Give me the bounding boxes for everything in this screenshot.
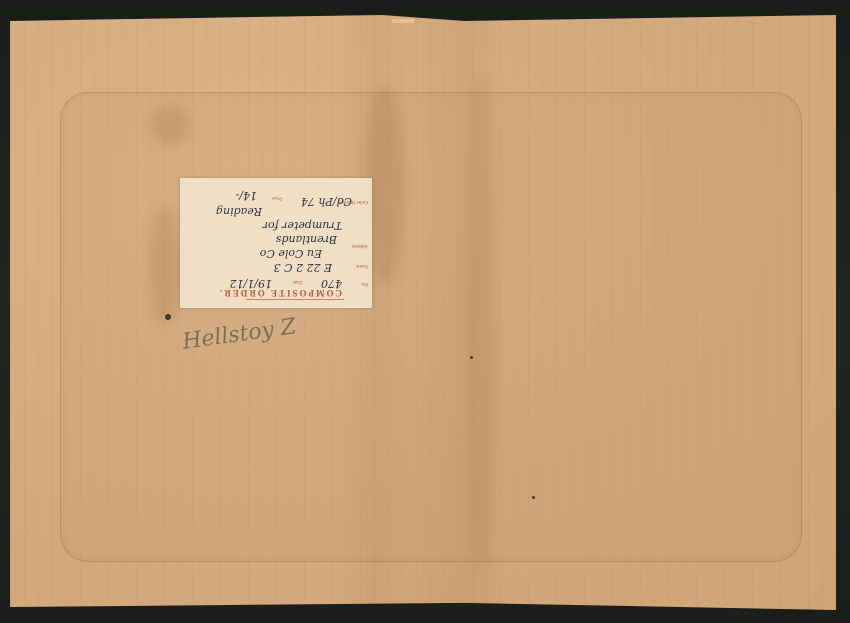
ink-blot (165, 314, 171, 320)
handwritten-line4: Trumpeter for (263, 219, 342, 232)
handwritten-date: 19/1/12 (230, 277, 272, 290)
tape-fragment (392, 19, 414, 23)
handwritten-line3: Brentlands (276, 233, 337, 246)
stain (150, 205, 180, 325)
mark (532, 496, 535, 499)
field-date: Date (293, 279, 302, 284)
field-address: Address (352, 243, 368, 248)
handwritten-line2: Eu Cole Co (260, 247, 322, 260)
handwritten-price: 14/- (236, 189, 257, 202)
handwritten-number: 470 (321, 277, 342, 290)
stain (465, 75, 495, 575)
mark (470, 356, 473, 359)
mount-board (10, 15, 836, 610)
handwritten-line5: Reading (216, 205, 262, 218)
handwritten-order: Cd/Ph 74 (301, 195, 352, 208)
field-price: Price (272, 195, 282, 200)
composite-order-label: COMPOSITE ORDER. No. Date Name Address O… (180, 178, 372, 308)
stain (150, 105, 190, 145)
title-rule (246, 299, 344, 300)
handwritten-line1: E 22 2 C 3 (274, 261, 332, 274)
plate-mark (60, 92, 802, 562)
field-name: Name (356, 263, 368, 268)
field-no: No. (361, 281, 368, 286)
